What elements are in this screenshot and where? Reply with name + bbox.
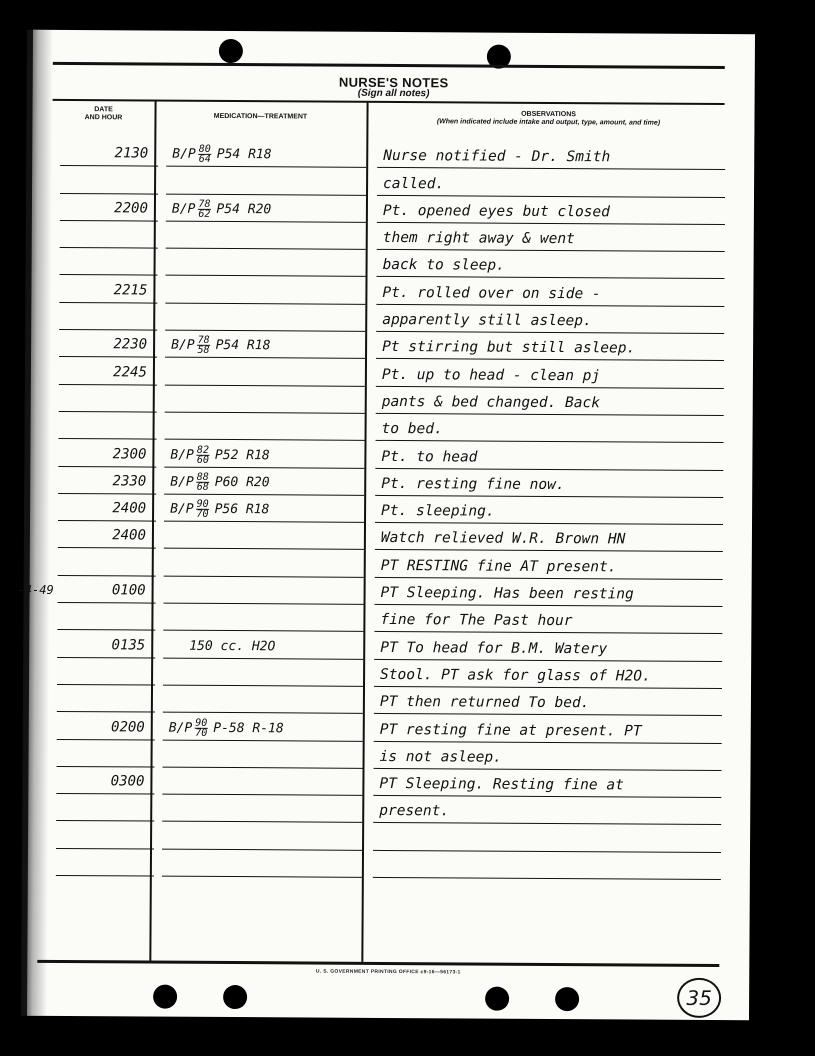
medication-treatment-cell	[162, 771, 362, 796]
medication-text	[172, 229, 192, 244]
time-value	[148, 173, 158, 189]
observation-cell: fine for The Past hour	[374, 608, 722, 634]
punch-hole-bottom-2	[223, 985, 247, 1009]
time-value	[145, 746, 155, 762]
time-value: 2200	[114, 200, 158, 216]
date-hour-cell: 2230	[59, 332, 157, 358]
bottom-rule	[37, 960, 719, 967]
date-hour-cell	[56, 851, 154, 877]
medication-treatment-cell	[163, 743, 363, 768]
date-hour-cell: 0200	[57, 714, 155, 740]
punch-hole-bottom-3	[485, 987, 509, 1011]
medication-treatment-cell	[165, 307, 365, 332]
observation-cell: them right away & went	[377, 226, 725, 252]
bp-label: B/P	[172, 202, 196, 217]
date-hour-cell	[56, 824, 154, 850]
time-value: 2130	[114, 146, 158, 162]
date-hour-cell	[59, 305, 157, 331]
pulse-respiration: P52 R18	[215, 447, 270, 462]
date-hour-cell	[58, 551, 156, 577]
observation-cell: Nurse notified - Dr. Smith	[377, 144, 725, 170]
observation-cell: present.	[373, 799, 721, 825]
date-hour-cell	[59, 387, 157, 413]
medication-text	[172, 174, 192, 189]
medication-treatment-cell: B/P8260P52 R18	[164, 443, 364, 468]
date-prefix: -4-49	[18, 578, 54, 602]
blood-pressure-fraction: 7862	[198, 200, 210, 219]
time-value: 2300	[113, 446, 157, 462]
date-hour-cell	[56, 796, 154, 822]
observation-cell: Pt. to head	[375, 444, 723, 470]
observation-cell: PT then returned To bed.	[374, 690, 722, 716]
medication-treatment-cell: B/P8868P60 R20	[164, 470, 364, 495]
bp-diastolic: 70	[195, 728, 207, 737]
time-value: 2245	[113, 364, 157, 380]
bp-label: B/P	[171, 338, 195, 353]
date-hour-cell: 2130	[60, 141, 158, 167]
pulse-respiration: P60 R20	[215, 475, 270, 490]
column-header-date: DATE AND HOUR	[58, 106, 148, 123]
medication-treatment-cell: B/P8064P54 R18	[166, 143, 366, 168]
medication-text	[169, 747, 189, 762]
medication-text	[168, 829, 188, 844]
bp-diastolic: 68	[197, 483, 209, 492]
medication-treatment-cell	[165, 416, 365, 441]
bp-diastolic: 70	[197, 510, 209, 519]
medication-treatment-cell	[162, 853, 362, 878]
pulse-respiration: P54 R20	[216, 202, 271, 217]
top-rule	[53, 62, 725, 69]
time-value	[147, 310, 157, 326]
time-value	[145, 610, 155, 626]
medication-treatment-cell	[164, 580, 364, 605]
time-value	[145, 664, 155, 680]
observation-cell: is not asleep.	[374, 745, 722, 771]
pulse-respiration: P54 R18	[216, 338, 271, 353]
medication-text	[171, 420, 191, 435]
medication-treatment-cell: B/P9070P-58 R-18	[163, 716, 363, 741]
medication-text	[170, 529, 190, 544]
observation-cell: PT resting fine at present. PT	[374, 717, 722, 743]
blood-pressure-fraction: 8868	[197, 473, 209, 492]
time-value	[144, 801, 154, 817]
medication-treatment-cell	[165, 361, 365, 386]
date-hour-cell	[60, 169, 158, 195]
date-hour-cell	[59, 414, 157, 440]
medication-text	[169, 611, 189, 626]
medication-text	[171, 311, 191, 326]
date-hour-cell: 2400	[58, 523, 156, 549]
date-hour-cell	[60, 250, 158, 276]
printer-imprint: U. S. GOVERNMENT PRINTING OFFICE c9-16—5…	[27, 967, 749, 977]
time-value	[147, 391, 157, 407]
time-value: 0300	[111, 773, 155, 789]
pulse-respiration: P54 R18	[217, 147, 272, 162]
column-header-medication: MEDICATION—TREATMENT	[160, 113, 360, 121]
medication-treatment-cell	[164, 525, 364, 550]
punch-hole-bottom-4	[555, 987, 579, 1011]
medication-treatment-cell	[166, 225, 366, 250]
bp-diastolic: 62	[198, 210, 210, 219]
date-hour-cell: 2400	[58, 496, 156, 522]
observation-cell: Pt. opened eyes but closed	[377, 199, 725, 225]
medication-text: 150 cc. H2O	[169, 638, 275, 654]
bp-diastolic: 58	[198, 346, 210, 355]
observation-cell: PT Sleeping. Resting fine at	[373, 772, 721, 798]
punch-hole-bottom-1	[153, 985, 177, 1009]
medication-treatment-cell: 150 cc. H2O	[163, 634, 363, 659]
column-header-observations: OBSERVATIONS (When indicated include int…	[362, 110, 734, 128]
time-value	[146, 555, 156, 571]
observation-cell: Pt stirring but still asleep.	[376, 335, 724, 361]
date-hour-cell: 2245	[59, 360, 157, 386]
medication-treatment-cell	[163, 662, 363, 687]
observation-cell: Pt. up to head - clean pj	[376, 363, 724, 389]
observation-cell: PT Sleeping. Has been resting	[375, 581, 723, 607]
medication-treatment-cell	[163, 689, 363, 714]
blood-pressure-fraction: 7858	[198, 336, 210, 355]
medication-treatment-cell	[164, 552, 364, 577]
date-hour-cell: 2200	[60, 196, 158, 222]
bp-label: B/P	[170, 475, 194, 490]
punch-hole-top-left	[219, 39, 243, 63]
observation-cell: PT To head for B.M. Watery	[374, 636, 722, 662]
medication-treatment-cell	[165, 389, 365, 414]
medication-treatment-cell: B/P9070P56 R18	[164, 498, 364, 523]
medication-treatment-cell	[163, 607, 363, 632]
medication-treatment-cell	[166, 170, 366, 195]
observation-cell	[373, 827, 721, 853]
observation-cell: apparently still asleep.	[376, 308, 724, 334]
bp-diastolic: 60	[197, 455, 209, 464]
date-hour-cell	[60, 223, 158, 249]
time-value: 2400	[112, 528, 156, 544]
blood-pressure-fraction: 9070	[195, 718, 207, 737]
medication-text	[171, 365, 191, 380]
bp-label: B/P	[169, 720, 193, 735]
medication-text	[168, 775, 188, 790]
time-value	[144, 828, 154, 844]
date-hour-cell	[57, 687, 155, 713]
observation-cell	[373, 854, 721, 880]
date-hour-cell: -4-490100	[58, 578, 156, 604]
blood-pressure-fraction: 8260	[197, 445, 209, 464]
observation-cell: Watch relieved W.R. Brown HN	[375, 526, 723, 552]
date-hour-cell: 0135	[57, 633, 155, 659]
date-hour-cell	[57, 660, 155, 686]
date-hour-cell	[57, 742, 155, 768]
time-value: 0135	[111, 637, 155, 653]
notes-table: 2130B/P8064P54 R18Nurse notified - Dr. S…	[48, 142, 724, 883]
nurses-notes-form: NURSE'S NOTES (Sign all notes) DATE AND …	[27, 30, 755, 1020]
medication-treatment-cell	[162, 798, 362, 823]
observation-cell: PT RESTING fine AT present.	[375, 554, 723, 580]
observation-cell: to bed.	[376, 417, 724, 443]
date-hour-cell	[57, 605, 155, 631]
pulse-respiration: P-58 R-18	[213, 720, 284, 735]
time-value: 0100	[112, 582, 156, 598]
pulse-respiration: P56 R18	[215, 502, 270, 517]
medication-treatment-cell: B/P7862P54 R20	[166, 198, 366, 223]
observation-cell: called.	[377, 172, 725, 198]
blood-pressure-fraction: 8064	[199, 145, 211, 164]
time-value	[144, 856, 154, 872]
observation-cell: Pt. sleeping.	[375, 499, 723, 525]
medication-treatment-cell: B/P7858P54 R18	[165, 334, 365, 359]
observation-cell: back to sleep.	[377, 253, 725, 279]
time-value	[145, 692, 155, 708]
bp-diastolic: 64	[199, 155, 211, 164]
medication-text	[171, 283, 191, 298]
medication-text	[169, 666, 189, 681]
time-value: 0200	[111, 719, 155, 735]
page-number: 35	[677, 978, 721, 1018]
observation-cell: Pt. resting fine now.	[375, 472, 723, 498]
time-value	[147, 419, 157, 435]
bp-label: B/P	[170, 447, 194, 462]
time-value	[148, 228, 158, 244]
medication-text	[168, 802, 188, 817]
medication-treatment-cell	[162, 825, 362, 850]
time-value: 2400	[112, 500, 156, 516]
blood-pressure-fraction: 9070	[197, 500, 209, 519]
time-value	[148, 255, 158, 271]
table-row	[48, 852, 720, 883]
time-value: 2215	[114, 282, 158, 298]
medication-text	[172, 256, 192, 271]
bp-label: B/P	[172, 147, 196, 162]
observation-cell: Pt. rolled over on side -	[376, 281, 724, 307]
medication-treatment-cell	[166, 252, 366, 277]
medication-text	[168, 857, 188, 872]
bp-label: B/P	[170, 502, 194, 517]
date-hour-cell: 2330	[58, 469, 156, 495]
date-hour-cell: 0300	[56, 769, 154, 795]
medication-text	[171, 393, 191, 408]
medication-text	[169, 693, 189, 708]
date-hour-cell: 2215	[59, 278, 157, 304]
observation-cell: pants & bed changed. Back	[376, 390, 724, 416]
medication-treatment-cell	[165, 279, 365, 304]
medication-text	[170, 584, 190, 599]
medication-text	[170, 556, 190, 571]
time-value: 2330	[112, 473, 156, 489]
time-value: 2230	[113, 337, 157, 353]
date-hour-cell: 2300	[58, 442, 156, 468]
observation-cell: Stool. PT ask for glass of H2O.	[374, 663, 722, 689]
